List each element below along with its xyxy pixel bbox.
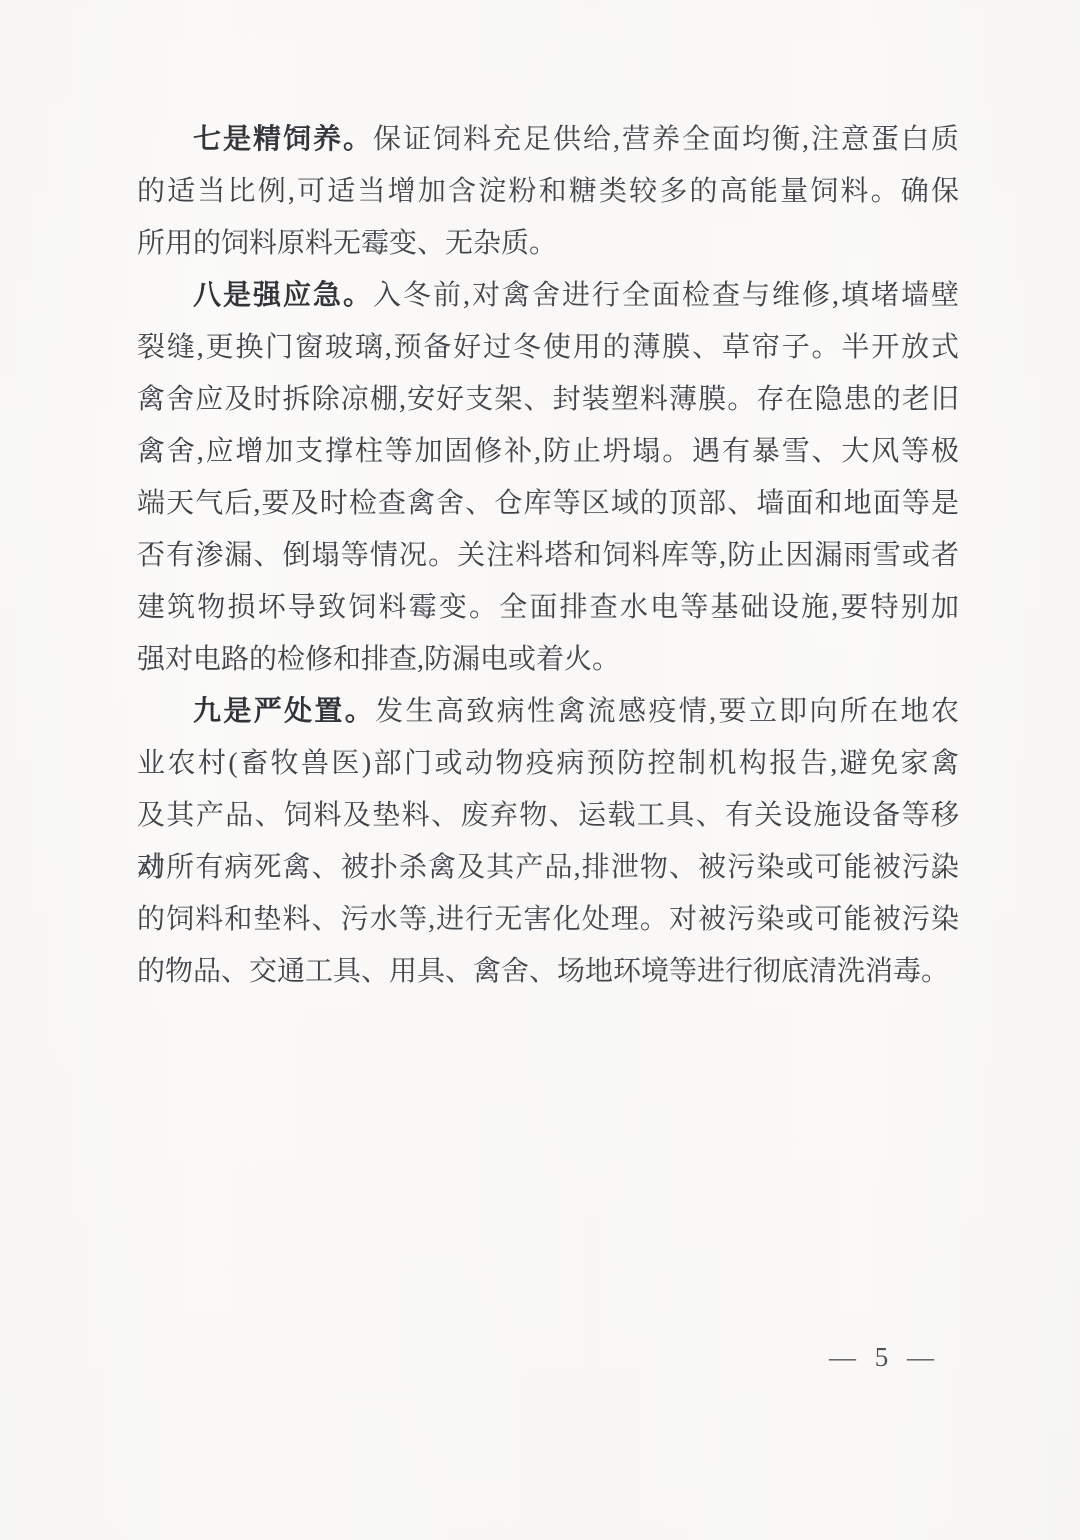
text-line: 对所有病死禽、被扑杀禽及其产品,排泄物、被污染或可能被污染 xyxy=(137,842,959,894)
text-line: 端天气后,要及时检查禽舍、仓库等区域的顶部、墙面和地面等是 xyxy=(137,478,959,530)
text-line: 建筑物损坏导致饲料霉变。全面排查水电等基础设施,要特别加 xyxy=(137,582,959,634)
text-line: 的饲料和垫料、污水等,进行无害化处理。对被污染或可能被污染 xyxy=(137,894,959,946)
text-line: 的物品、交通工具、用具、禽舍、场地环境等进行彻底清洗消毒。 xyxy=(137,946,959,998)
paragraph-nine: 九是严处置。发生高致病性禽流感疫情,要立即向所在地农 业农村(畜牧兽医)部门或动… xyxy=(137,686,959,998)
text-line: 七是精饲养。保证饲料充足供给,营养全面均衡,注意蛋白质 xyxy=(137,114,959,166)
document-body-text: 七是精饲养。保证饲料充足供给,营养全面均衡,注意蛋白质 的适当比例,可适当增加含… xyxy=(137,114,959,998)
text-line: 及其产品、饲料及垫料、废弃物、运载工具、有关设施设备等移动。 xyxy=(137,790,959,842)
text-line: 裂缝,更换门窗玻璃,预备好过冬使用的薄膜、草帘子。半开放式 xyxy=(137,322,959,374)
paragraph-text: 发生高致病性禽流感疫情,要立即向所在地农 xyxy=(375,696,959,727)
paragraph-eight: 八是强应急。入冬前,对禽舍进行全面检查与维修,填堵墙壁 裂缝,更换门窗玻璃,预备… xyxy=(137,270,959,686)
text-line: 强对电路的检修和排查,防漏电或着火。 xyxy=(137,634,959,686)
text-line: 业农村(畜牧兽医)部门或动物疫病预防控制机构报告,避免家禽 xyxy=(137,738,959,790)
text-line: 禽舍,应增加支撑柱等加固修补,防止坍塌。遇有暴雪、大风等极 xyxy=(137,426,959,478)
paragraph-text: 保证饲料充足供给,营养全面均衡,注意蛋白质 xyxy=(373,124,959,155)
text-line: 所用的饲料原料无霉变、无杂质。 xyxy=(137,218,959,270)
text-line: 禽舍应及时拆除凉棚,安好支架、封装塑料薄膜。存在隐患的老旧 xyxy=(137,374,959,426)
text-line: 否有渗漏、倒塌等情况。关注料塔和饲料库等,防止因漏雨雪或者 xyxy=(137,530,959,582)
text-line: 八是强应急。入冬前,对禽舍进行全面检查与维修,填堵墙壁 xyxy=(137,270,959,322)
paragraph-lead: 七是精饲养。 xyxy=(193,124,373,155)
paragraph-lead: 九是严处置。 xyxy=(193,696,375,727)
scanned-document-page: 七是精饲养。保证饲料充足供给,营养全面均衡,注意蛋白质 的适当比例,可适当增加含… xyxy=(0,0,1080,1540)
paragraph-text: 入冬前,对禽舍进行全面检查与维修,填堵墙壁 xyxy=(373,280,959,311)
paragraph-lead: 八是强应急。 xyxy=(193,280,373,311)
paragraph-seven: 七是精饲养。保证饲料充足供给,营养全面均衡,注意蛋白质 的适当比例,可适当增加含… xyxy=(137,114,959,270)
text-line: 九是严处置。发生高致病性禽流感疫情,要立即向所在地农 xyxy=(137,686,959,738)
page-number: — 5 — xyxy=(829,1342,935,1373)
text-line: 的适当比例,可适当增加含淀粉和糖类较多的高能量饲料。确保 xyxy=(137,166,959,218)
